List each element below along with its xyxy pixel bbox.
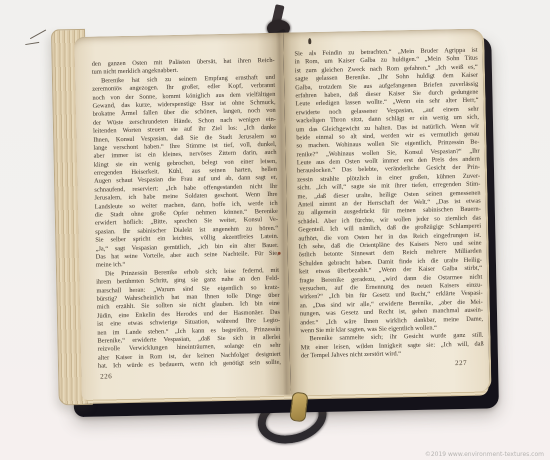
ink-speck [308, 38, 311, 44]
paper-speck [278, 252, 281, 255]
open-book: den ganzen Osten mit Palästen übersät, h… [21, 0, 520, 440]
page-number-left: 226 [100, 372, 112, 380]
right-page-text: Sie als Feindin zu betrachten.“ „Mein Br… [294, 47, 483, 361]
loose-thread [30, 29, 46, 39]
watermark: ©2019 www.environment-textures.com [425, 451, 544, 458]
page-number-right: 227 [455, 359, 467, 367]
loose-thread [25, 42, 39, 45]
left-page-text: den ganzen Osten mit Palästen übersät, h… [92, 57, 281, 371]
